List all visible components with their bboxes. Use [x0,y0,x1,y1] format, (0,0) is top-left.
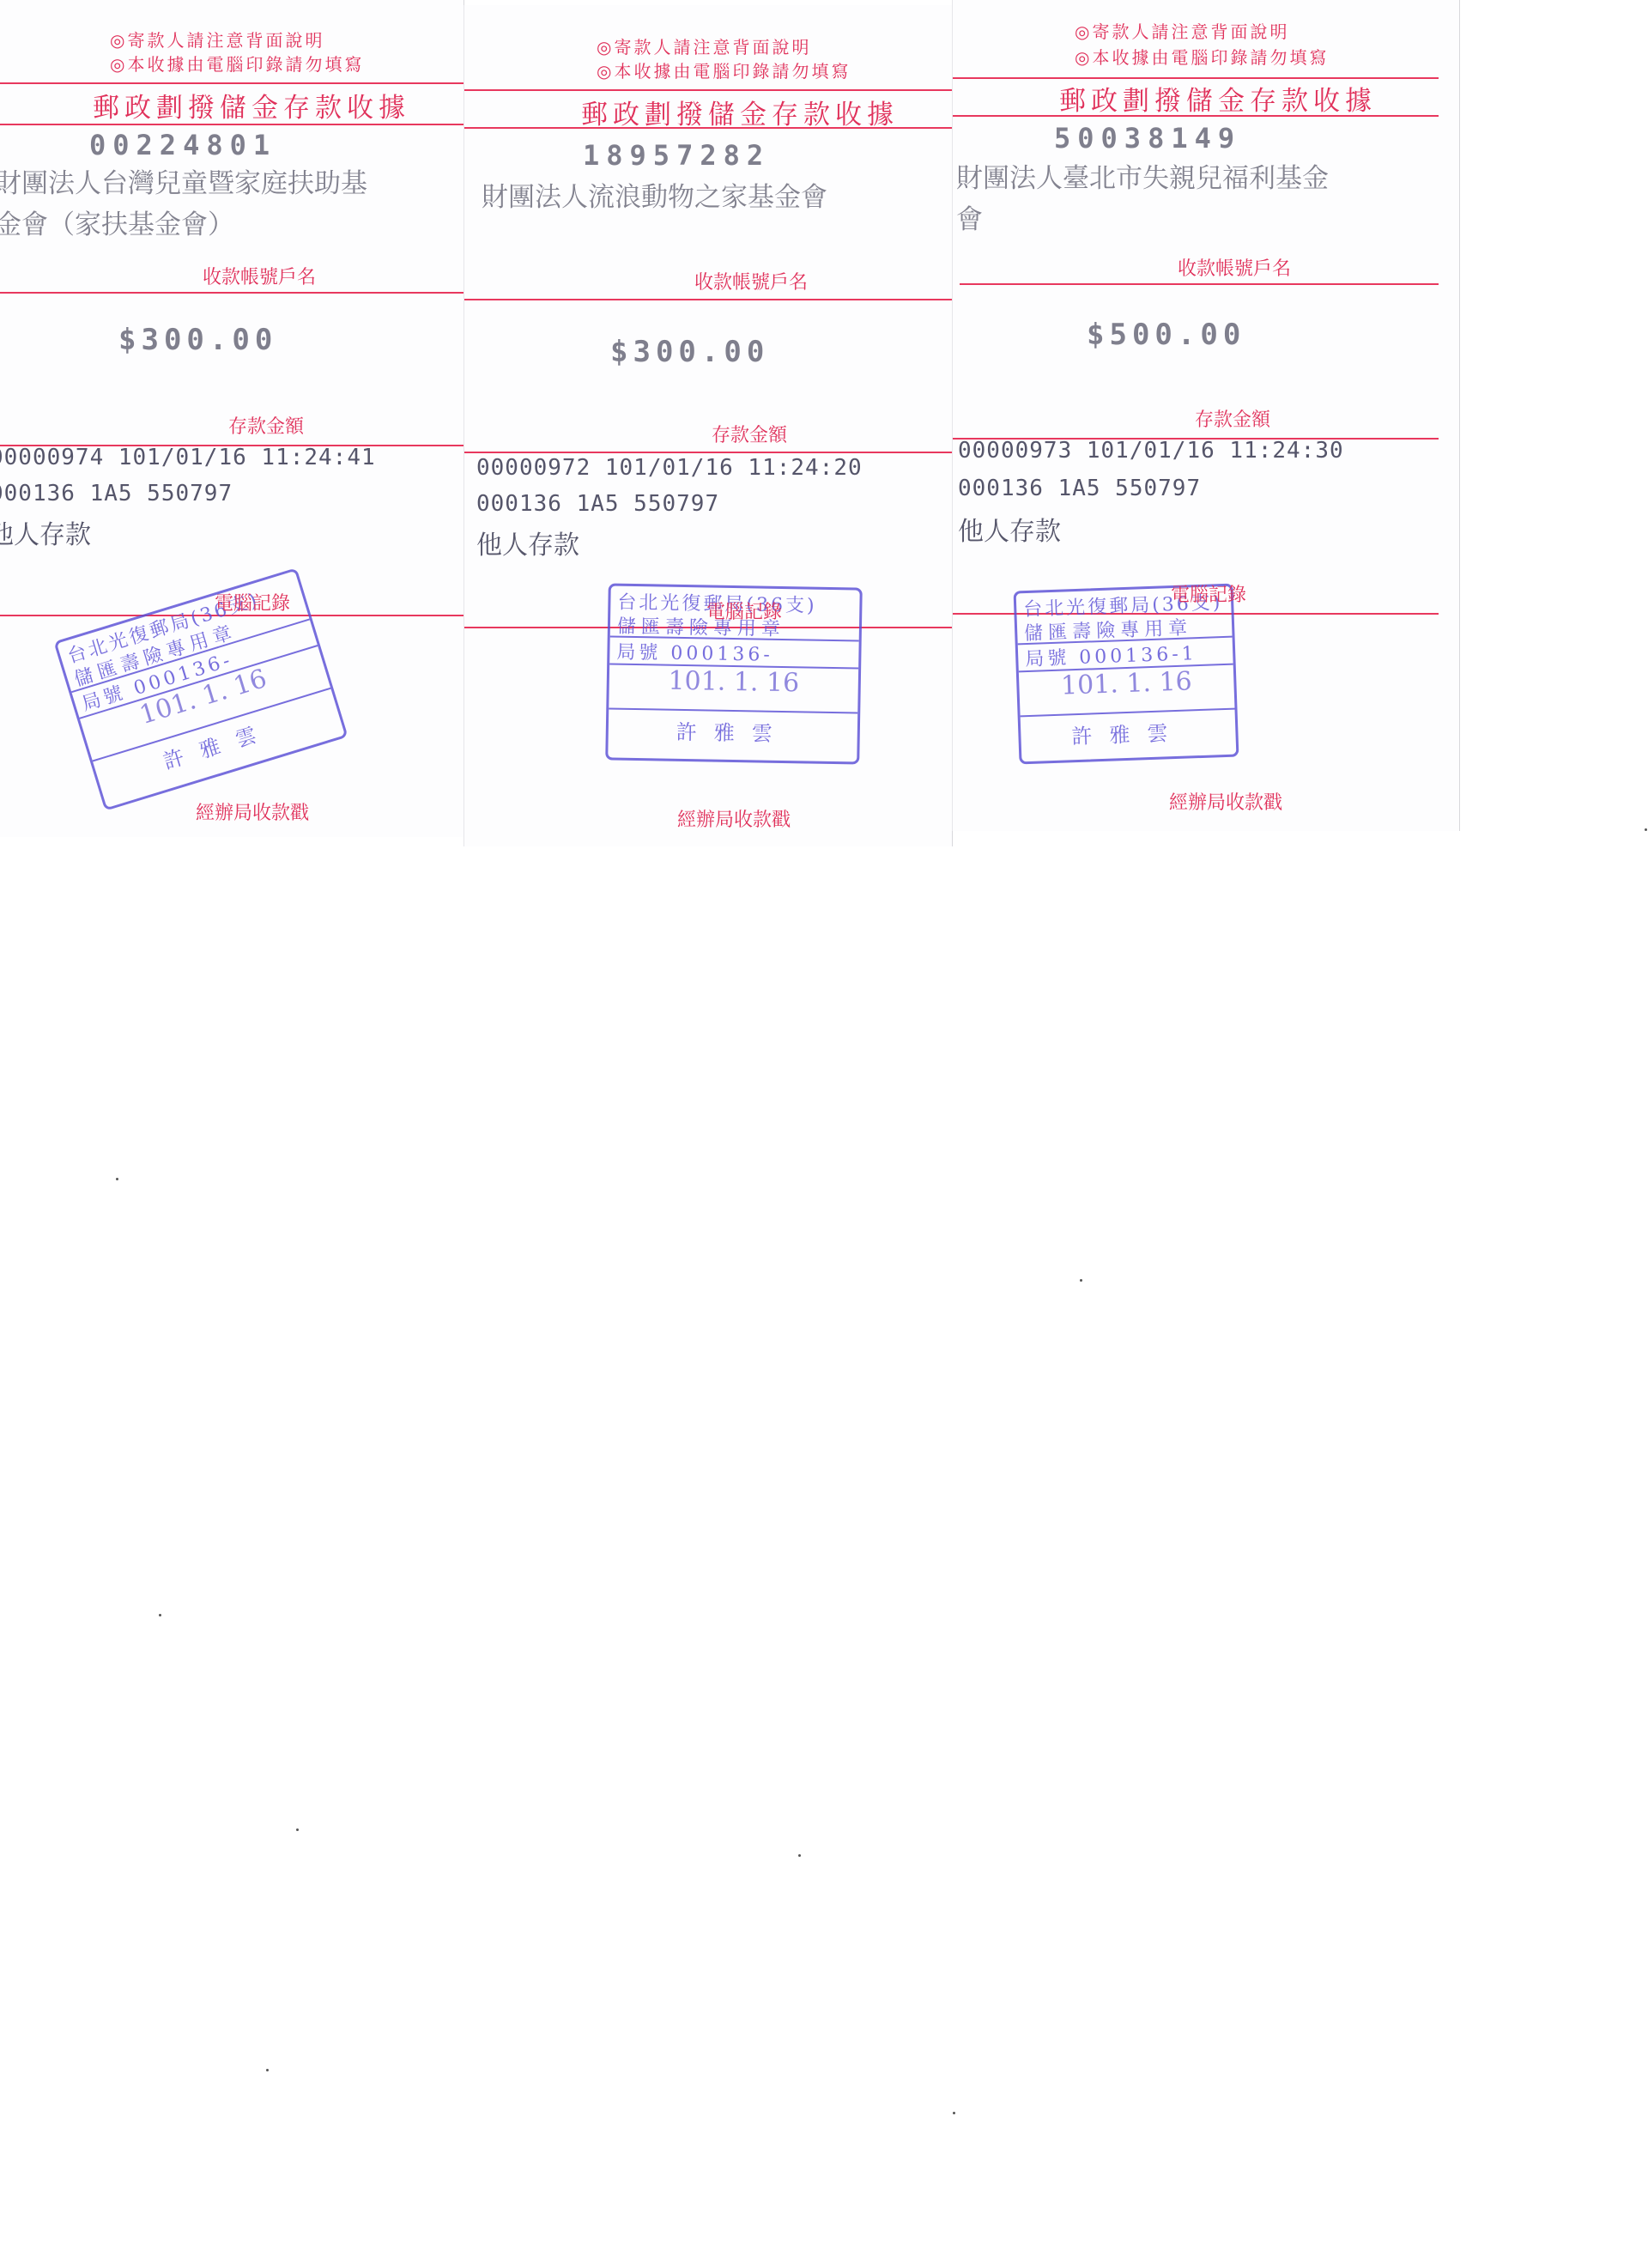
form-title: 郵政劃撥儲金存款收據 [581,93,899,131]
stamp-label: 經辦局收款戳 [1169,788,1282,815]
divider [464,89,952,91]
amount-label: 存款金額 [228,412,304,439]
computer-record-label: 電腦記錄 [1171,580,1246,607]
scan-speck [296,1828,299,1831]
deposit-amount: $500.00 [1087,318,1245,352]
divider [960,283,1439,285]
post-office-stamp: 台北光復郵局(36支) 儲匯壽險專用章 局號 000136- 101. 1. 1… [53,567,348,811]
branch-line: 000136 1A5 550797 [0,481,233,506]
deposit-type: 他人存款 [0,513,91,551]
computer-record-label: 電腦記錄 [706,597,782,624]
stamp-clerk: 許雅雲 [608,707,857,756]
account-name: 財團法人台灣兒童暨家庭扶助基 金會（家扶基金會） [0,163,458,246]
account-number: 50038149 [1054,122,1241,155]
amount-label: 存款金額 [1195,405,1270,432]
divider [464,452,952,453]
account-label: 收款帳號戶名 [694,268,808,294]
notice-back-instructions: ◎寄款人請注意背面說明 [1075,19,1289,45]
notice-back-instructions: ◎寄款人請注意背面說明 [110,27,324,53]
scan-speck [798,1854,801,1857]
account-name: 財團法人臺北市失親兒福利基金 會 [956,158,1437,240]
branch-line: 000136 1A5 550797 [958,476,1201,501]
form-title: 郵政劃撥儲金存款收據 [93,86,410,124]
stamp-date: 101. 1. 16 [609,663,858,712]
account-name: 財團法人流浪動物之家基金會 [482,177,945,218]
stamp-label: 經辦局收款戳 [196,798,309,825]
divider [0,292,463,294]
receipt-3: ◎寄款人請注意背面說明 ◎本收據由電腦印錄請勿填寫 郵政劃撥儲金存款收據 500… [953,0,1459,831]
account-number: 00224801 [89,129,276,161]
stamp-label: 經辦局收款戳 [677,805,791,832]
divider [464,127,952,129]
notice-computer-printed: ◎本收據由電腦印錄請勿填寫 [1075,45,1329,70]
receipt-2: ◎寄款人請注意背面說明 ◎本收據由電腦印錄請勿填寫 郵政劃撥儲金存款收據 189… [464,5,952,846]
divider [0,124,463,125]
stamp-clerk: 許雅雲 [1021,708,1237,761]
notice-back-instructions: ◎寄款人請注意背面說明 [597,34,811,60]
post-office-stamp: 台北光復郵局(36支) 儲匯壽險專用章 局號 000136-1 101. 1. … [1014,584,1239,765]
amount-label: 存款金額 [712,421,787,447]
branch-line: 000136 1A5 550797 [476,491,719,517]
transaction-line: 00000972 101/01/16 11:24:20 [476,455,863,481]
deposit-amount: $300.00 [118,323,277,357]
transaction-line: 00000973 101/01/16 11:24:30 [958,438,1344,464]
receipt-1: ◎寄款人請注意背面說明 ◎本收據由電腦印錄請勿填寫 郵政劃撥儲金存款收據 002… [0,0,463,837]
deposit-type: 他人存款 [476,524,579,561]
scan-speck [953,2112,955,2114]
computer-record-label: 電腦記錄 [215,589,290,616]
deposit-amount: $300.00 [610,335,769,369]
form-title: 郵政劃撥儲金存款收據 [1059,79,1377,118]
scan-speck [1645,828,1647,831]
divider [464,299,952,300]
account-label: 收款帳號戶名 [1178,254,1291,281]
stamp-date: 101. 1. 16 [1019,664,1235,716]
transaction-line: 00000974 101/01/16 11:24:41 [0,445,376,470]
divider [953,115,1439,117]
notice-computer-printed: ◎本收據由電腦印錄請勿填寫 [110,52,364,77]
divider [0,82,463,84]
deposit-type: 他人存款 [958,510,1061,548]
scan-speck [1080,1279,1082,1282]
account-label: 收款帳號戶名 [203,263,316,289]
notice-computer-printed: ◎本收據由電腦印錄請勿填寫 [597,58,851,84]
scan-speck [159,1614,161,1616]
account-number: 18957282 [583,139,770,172]
scan-speck [116,1178,118,1180]
scan-speck [266,2069,269,2071]
